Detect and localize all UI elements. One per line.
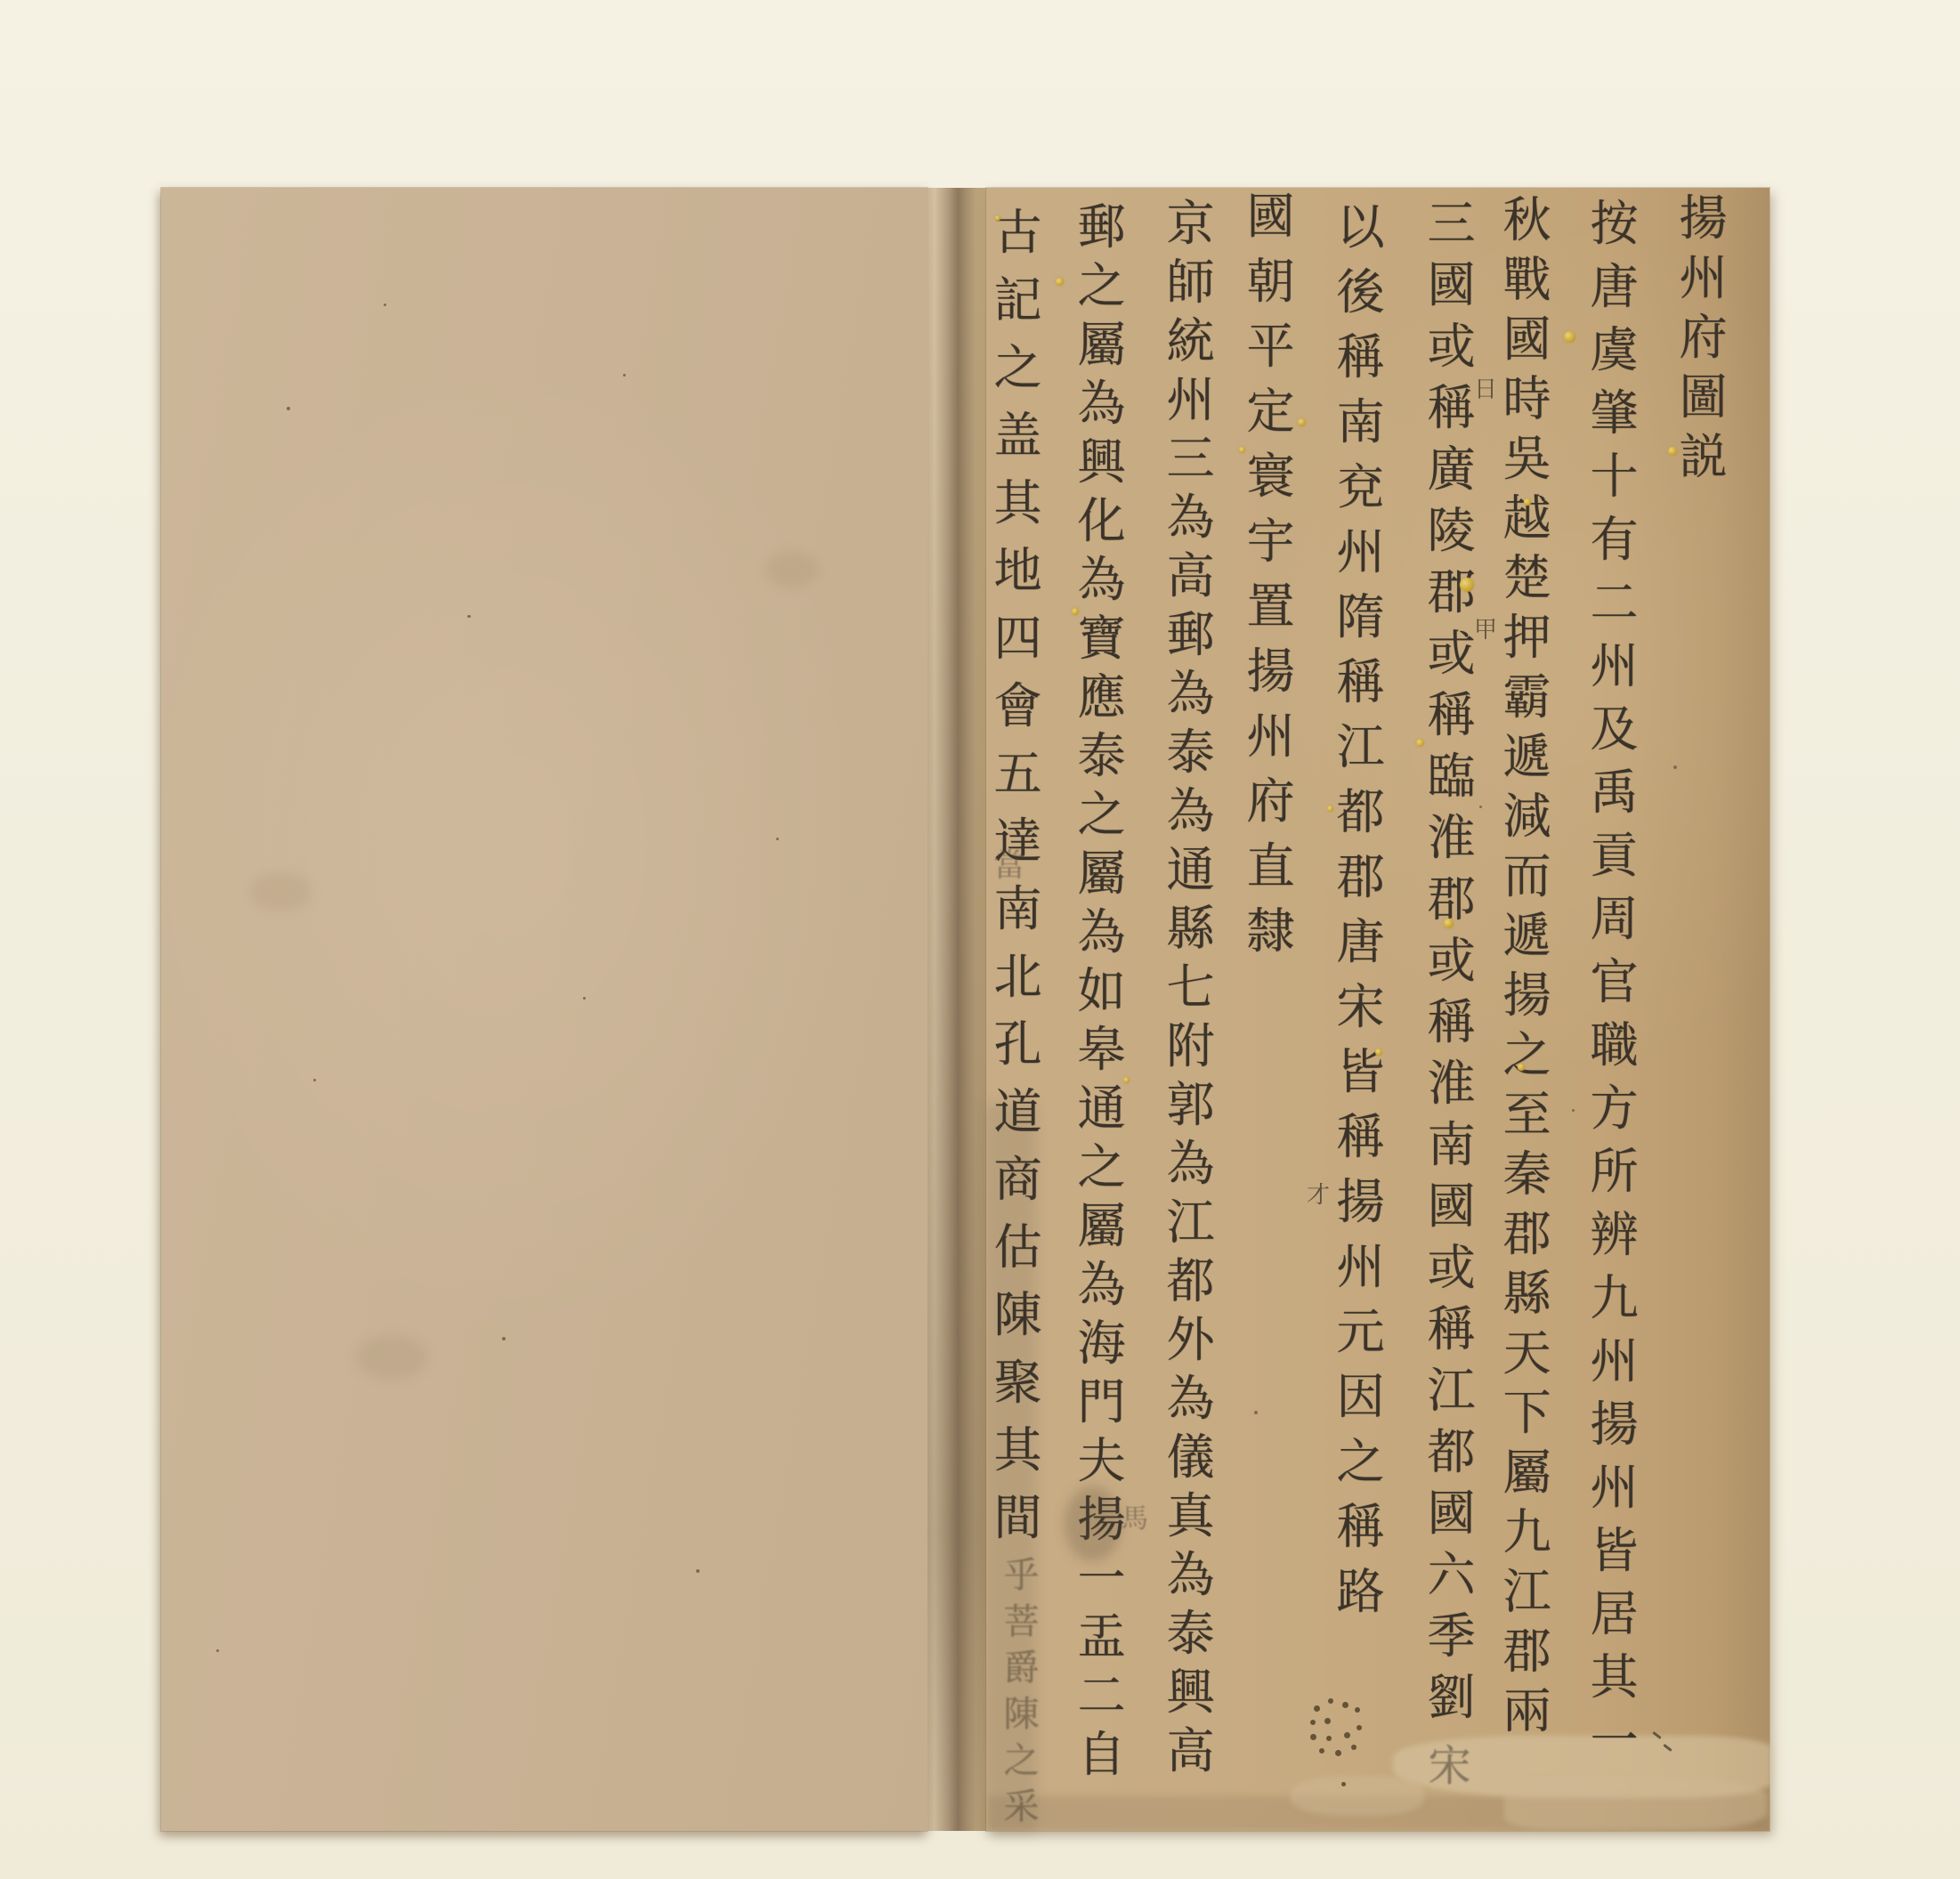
abrasion-patch — [1504, 1776, 1767, 1829]
insertion-char-ri: 日 — [1474, 378, 1497, 401]
binding-crease — [927, 188, 986, 1831]
text-column-3: 秋戰國時吳越楚押霸遞減而遞揚之至秦郡縣天下屬九江郡兩 — [1499, 194, 1547, 1745]
text-column-6: 國朝平定寰宇置揚州府直隸 — [1243, 190, 1291, 970]
text-column-4: 三國或稱廣陵郡或稱臨淮郡或稱淮南國或稱江都國六季劉 — [1423, 198, 1471, 1733]
text-column-5: 以後稱南兗州隋稱江都郡唐宋皆稱揚州元因之稱路 — [1332, 201, 1381, 1631]
left-page-blank — [161, 188, 927, 1831]
ink-smudge — [1065, 1486, 1122, 1561]
insertion-char-jia: 甲 — [1474, 619, 1497, 642]
abrasion-patch — [1291, 1776, 1424, 1816]
faded-tail-characters: 乎菩爵陳之采 — [1000, 1556, 1036, 1834]
manuscript-scan: 揚州府圖説 按唐虞肇十有二州及禹貢周官職方所辨九州揚州皆居其一 秋戰國時吳越楚押… — [0, 0, 1960, 1879]
insertion-char-dang: 當 — [993, 850, 1025, 882]
smudged-char-song: 宋 — [1424, 1743, 1467, 1786]
text-column-7: 京師統州三為高郵為泰為通縣七附郭為江都外為儀真為泰興高 — [1162, 198, 1211, 1784]
text-column-2: 按唐虞肇十有二州及禹貢周官職方所辨九州揚州皆居其一 — [1586, 198, 1634, 1778]
scribble-char-ma: 馬 — [1122, 1506, 1148, 1533]
title-column: 揚州府圖説 — [1675, 192, 1723, 490]
insertion-char-cai: 才 — [1307, 1184, 1330, 1207]
